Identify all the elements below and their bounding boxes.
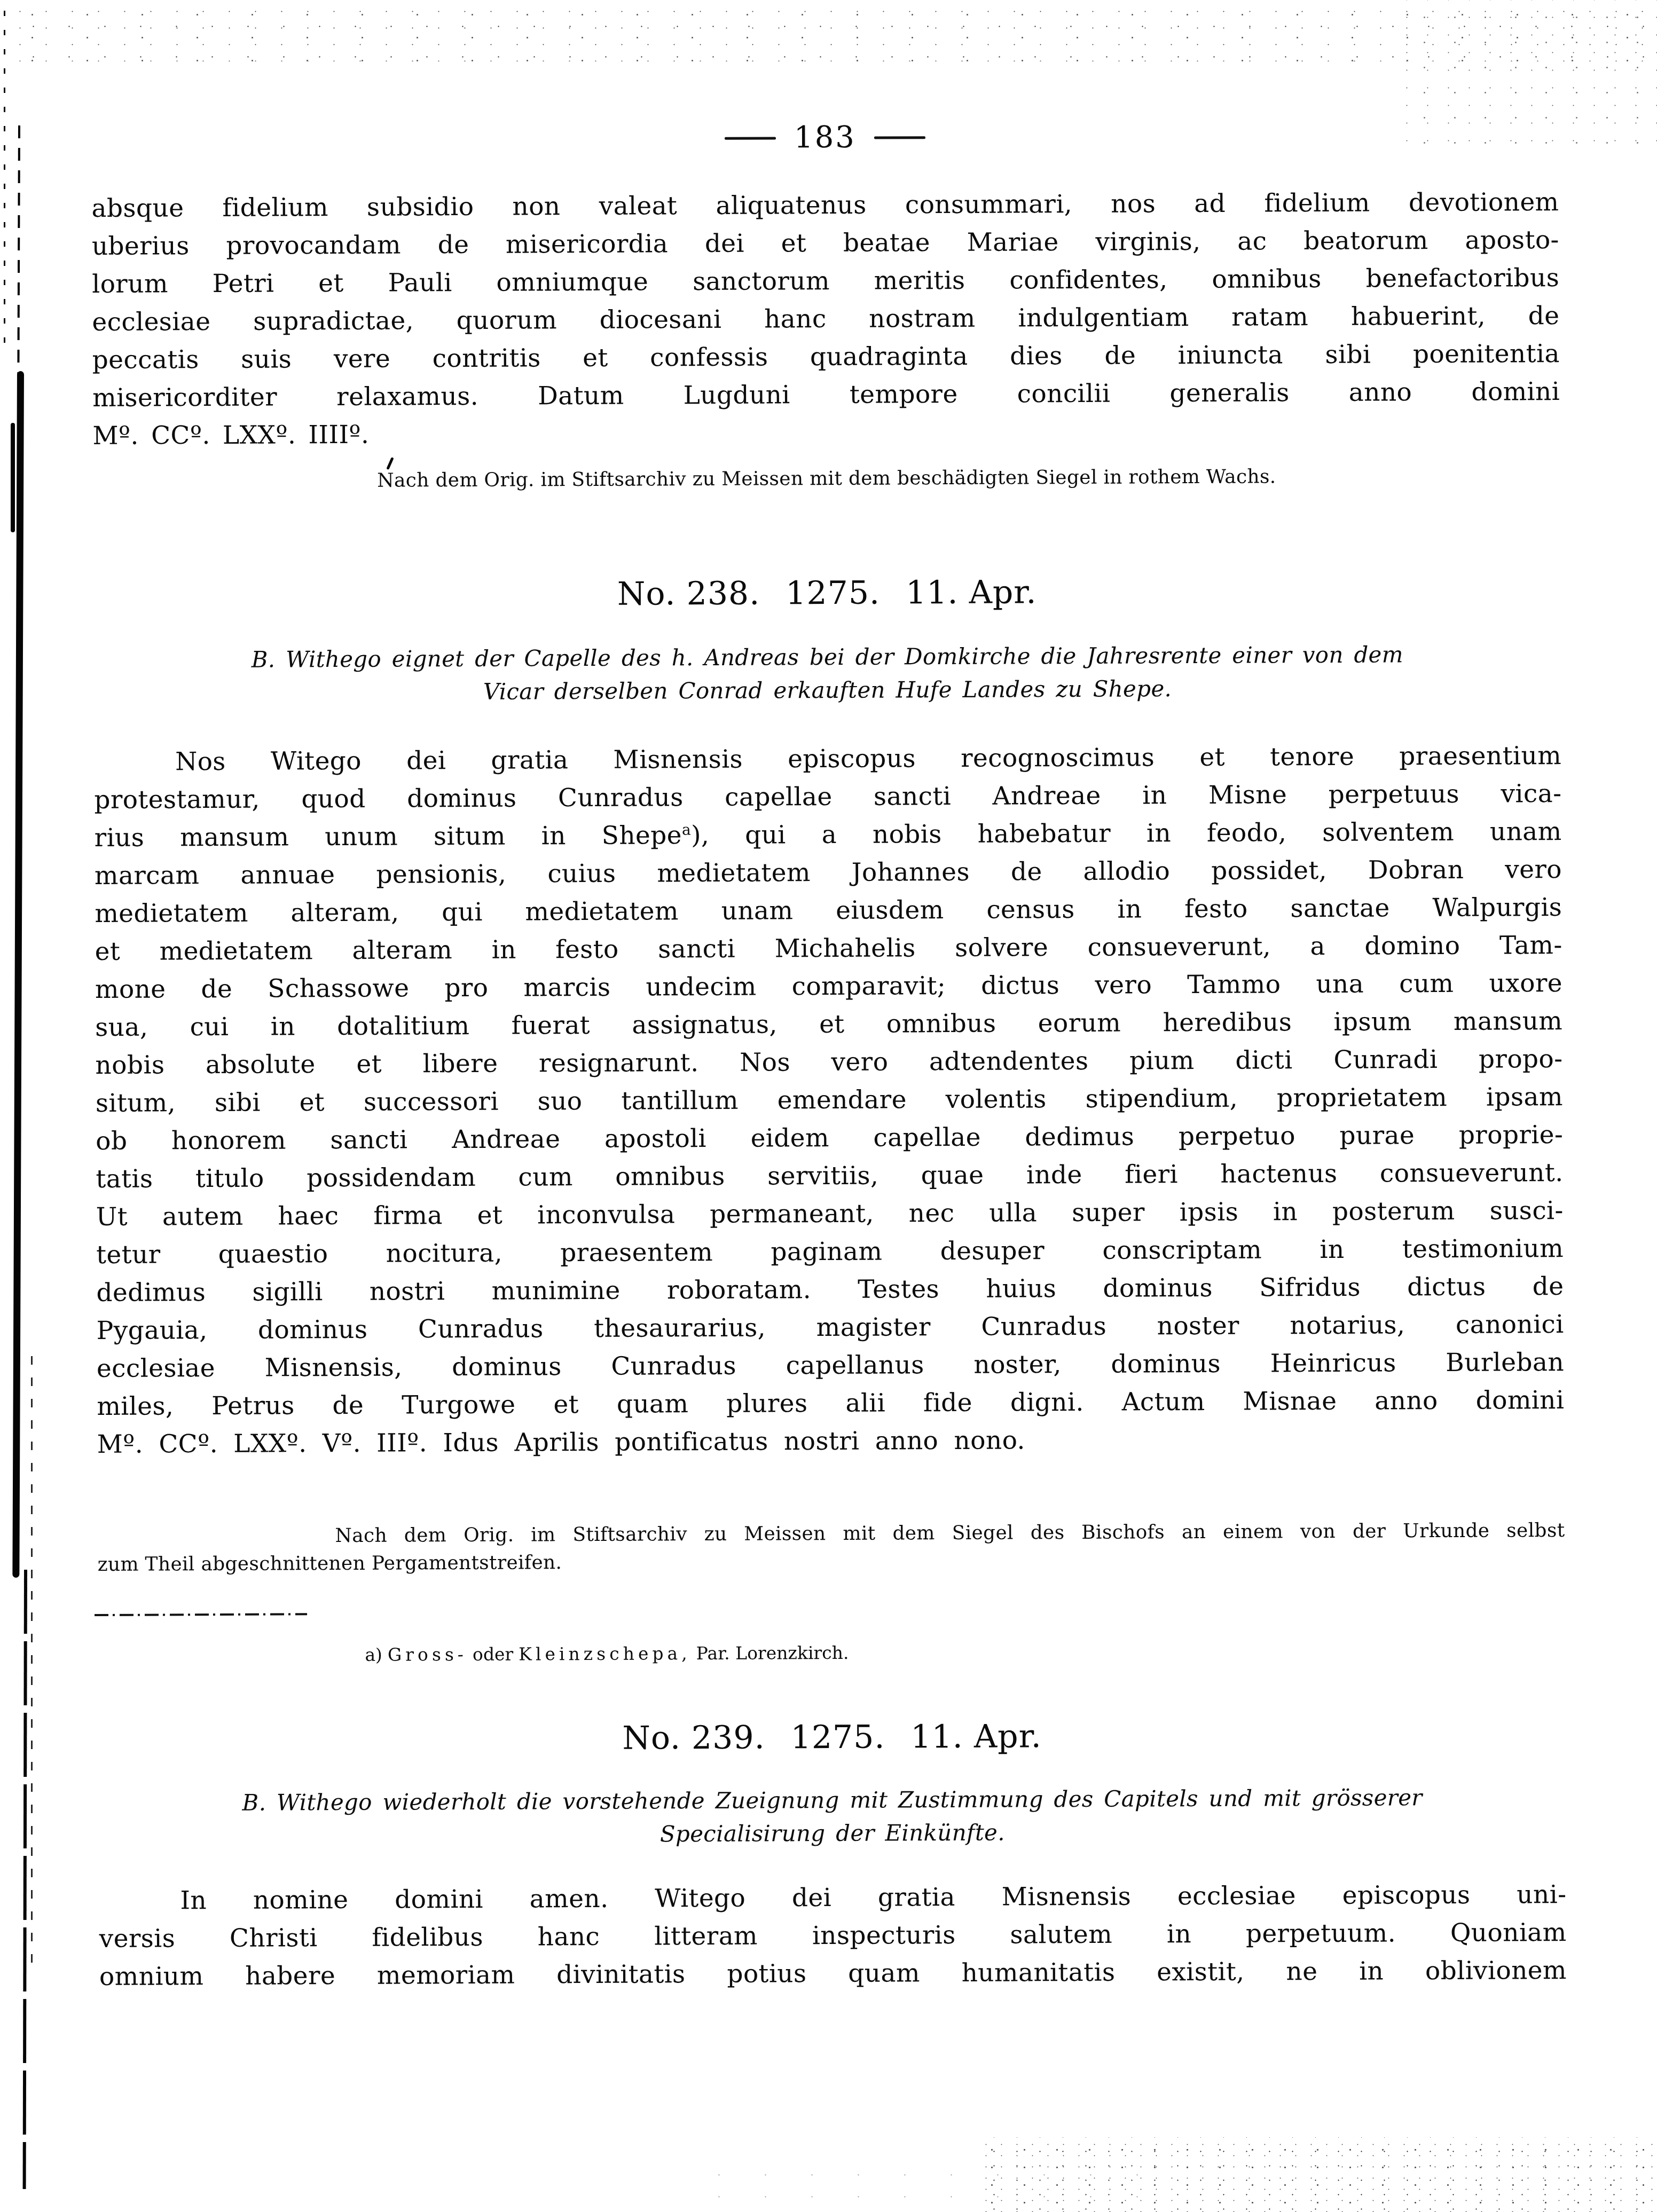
text-line: Pygauia, dominus Cunradus thesaurarius, …	[97, 1305, 1564, 1350]
charter-number: No. 239.	[622, 1717, 765, 1759]
footnote-marker-a: a	[682, 821, 691, 838]
text-line: tetur quaestio nocitura, praesentem pagi…	[96, 1230, 1564, 1274]
text-line: misericorditer relaxamus. Datum Lugduni …	[92, 373, 1560, 417]
charter-239-heading: No. 239. 1275. 11. Apr.	[98, 1713, 1566, 1761]
scan-gutter-broken-line	[31, 1356, 33, 1965]
text-line: uberius provocandam de misericordia dei …	[92, 221, 1559, 265]
dating-line: Mº. CCº. LXXº. Vº. IIIº. Idus Aprilis po…	[97, 1419, 1564, 1463]
footnote-place: Gross-	[388, 1644, 467, 1665]
summary-line: B. Withego eignet der Capelle des h. And…	[93, 637, 1561, 677]
text-line: dedimus sigilli nostri munimine roborata…	[96, 1268, 1564, 1312]
text-line: versis Christi fidelibus hanc litteram i…	[99, 1914, 1567, 1958]
text-line: Nos Witego dei gratia Misnensis episcopu…	[94, 737, 1561, 781]
scan-noise-bottom-fade	[696, 2164, 1176, 2212]
text-line: omnium habere memoriam divinitatis potiu…	[99, 1951, 1567, 1996]
text-line: tatis titulo possidendam cum omnibus ser…	[96, 1154, 1563, 1198]
text-line: absque fidelium subsidio non valeat aliq…	[91, 183, 1559, 227]
scan-gutter-line-main	[12, 371, 24, 1578]
charter-239-summary: B. Withego wiederholt die vorstehende Zu…	[98, 1781, 1566, 1853]
text-line: ob honorem sancti Andreae apostoli eidem…	[96, 1116, 1563, 1160]
summary-line: Vicar derselben Conrad erkauften Hufe La…	[93, 671, 1561, 710]
page-content: 183 absque fidelium subsidio non valeat …	[91, 0, 1567, 1996]
charter-date: 11. Apr.	[910, 1715, 1042, 1758]
document-page: 183 absque fidelium subsidio non valeat …	[0, 0, 1657, 2212]
archive-note: Nach dem Orig. im Stiftsarchiv zu Meisse…	[97, 1517, 1565, 1579]
dating-line: Mº. CCº. LXXº. IIIIº.	[92, 411, 1560, 455]
text-line: protestamur, quod dominus Cunradus capel…	[94, 775, 1561, 819]
scan-gutter-dots	[4, 11, 5, 352]
charter-238-body: Nos Witego dei gratia Misnensis episcopu…	[94, 737, 1565, 1463]
header-rule-left-icon	[725, 137, 776, 139]
charter-year: 1275.	[786, 572, 880, 615]
footnote-text: oder	[473, 1644, 513, 1665]
scan-noise-bottom-right	[973, 2137, 1657, 2212]
footnote-separator	[95, 1613, 307, 1616]
text-segment: ), qui a nobis habebatur in feodo, solve…	[691, 817, 1562, 850]
text-line: marcam annuae pensionis, cuius medietate…	[95, 851, 1562, 895]
scan-gutter-dash	[11, 423, 15, 532]
text-line: miles, Petrus de Turgowe et quam plures …	[97, 1381, 1564, 1426]
text-line: nobis absolute et libere resignarunt. No…	[95, 1040, 1562, 1084]
text-line: peccatis suis vere contritis et confessi…	[92, 335, 1560, 379]
text-line: medietatem alteram, qui medietatem unam …	[95, 888, 1562, 933]
charter-238-summary: B. Withego eignet der Capelle des h. And…	[93, 637, 1561, 710]
text-line-with-footnote: rius mansum unum situm in Shepea), qui a…	[95, 813, 1562, 857]
header-rule-right-icon	[874, 136, 925, 139]
charter-239-body: In nomine domini amen. Witego dei gratia…	[99, 1876, 1567, 1996]
charter-year: 1275.	[790, 1717, 885, 1759]
text-segment: rius mansum unum situm in Shepe	[95, 821, 682, 853]
charter-238-heading: No. 238. 1275. 11. Apr.	[93, 569, 1561, 617]
text-line: situm, sibi et successori suo tantillum …	[96, 1078, 1563, 1122]
page-header: 183	[91, 117, 1559, 159]
page-number: 183	[794, 120, 856, 156]
text-line: sua, cui in dotalitium fuerat assignatus…	[95, 1002, 1562, 1046]
intro-paragraph: absque fidelium subsidio non valeat aliq…	[91, 183, 1560, 455]
charter-date: 11. Apr.	[906, 571, 1037, 613]
footnote: a)Gross-oderKleinzschepa,Par. Lorenzkirc…	[365, 1638, 1565, 1667]
scan-gutter-line-top	[17, 125, 20, 376]
footnote-place: Kleinzschepa,	[519, 1643, 691, 1664]
text-line: Ut autem haec firma et inconvulsa perman…	[96, 1192, 1564, 1236]
text-line: lorum Petri et Pauli omniumque sanctorum…	[92, 259, 1559, 303]
text-line: ecclesiae Misnensis, dominus Cunradus ca…	[97, 1343, 1564, 1388]
text-line: et medietatem alteram in festo sancti Mi…	[95, 926, 1562, 971]
archive-note: Nach dem Orig. im Stiftsarchiv zu Meisse…	[93, 462, 1560, 495]
text-line: mone de Schassowe pro marcis undecim com…	[95, 964, 1562, 1009]
text-line: ecclesiae supradictae, quorum diocesani …	[92, 297, 1559, 341]
footnote-parish: Par. Lorenzkirch.	[696, 1642, 849, 1664]
scan-gutter-line-bottom	[23, 1570, 27, 2189]
text-line: In nomine domini amen. Witego dei gratia…	[99, 1876, 1566, 1920]
note-line: zum Theil abgeschnittenen Pergamentstrei…	[98, 1545, 1565, 1579]
charter-number: No. 238.	[617, 573, 760, 615]
footnote-marker: a)	[365, 1644, 382, 1665]
summary-line: B. Withego wiederholt die vorstehende Zu…	[98, 1781, 1566, 1820]
summary-line: Specialisirung der Einkünfte.	[99, 1814, 1566, 1853]
